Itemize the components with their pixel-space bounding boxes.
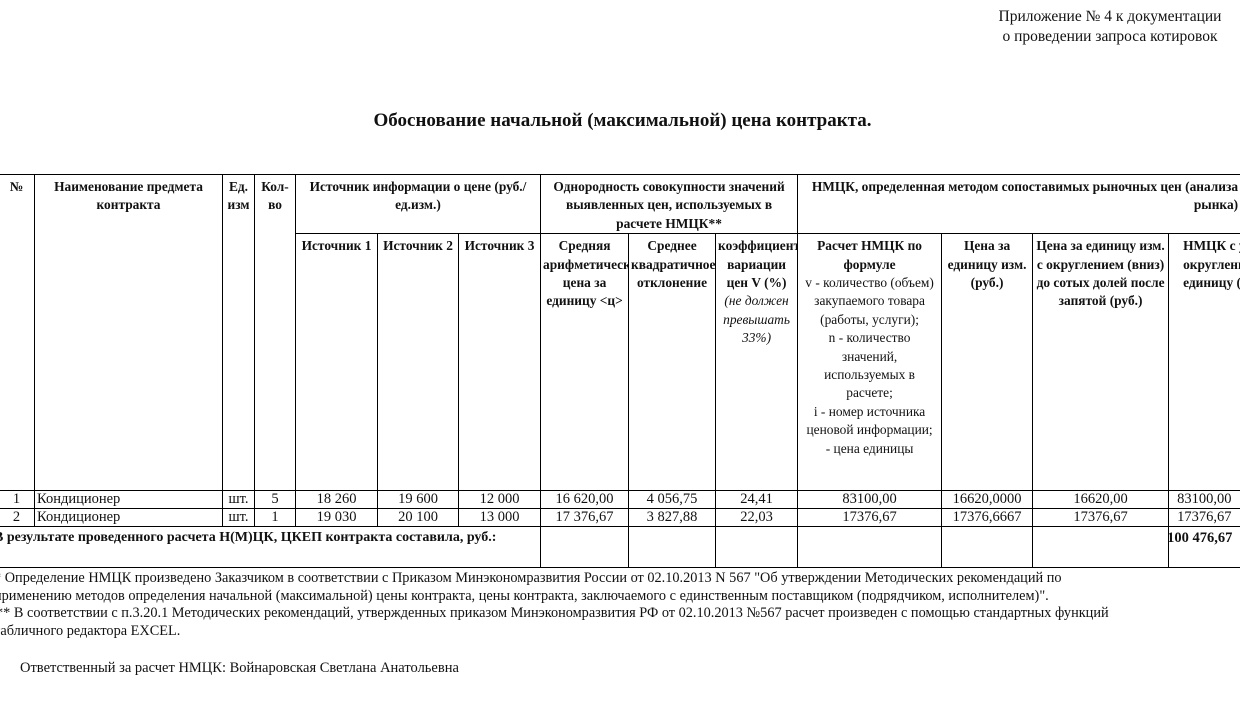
cell-source-3: 13 000 bbox=[459, 509, 541, 527]
cell-unit-price-rounded: 16620,00 bbox=[1033, 491, 1169, 509]
empty-cell bbox=[541, 527, 629, 568]
header-unit: Ед. изм bbox=[223, 175, 255, 491]
header-stddev: Среднее квадратичное отклонение bbox=[629, 234, 716, 491]
cell-no: 1 bbox=[0, 491, 35, 509]
header-homogeneity-group: Однородность совокупности значений выявл… bbox=[541, 175, 798, 234]
header-name: Наименование предмета контракта bbox=[35, 175, 223, 491]
appendix-line-1: Приложение № 4 к документации bbox=[960, 7, 1240, 27]
cell-unit: шт. bbox=[223, 491, 255, 509]
document-title: Обоснование начальной (максимальной) цен… bbox=[0, 110, 1240, 132]
header-formula: Расчет НМЦК по формуле v - количество (о… bbox=[798, 234, 942, 491]
cell-nmck-rounded: 17376,67 bbox=[1169, 509, 1240, 527]
footnote-1-line-2: применению методов определения начальной… bbox=[0, 588, 1240, 606]
cell-stddev: 3 827,88 bbox=[629, 509, 716, 527]
total-label: В результате проведенного расчета Н(М)ЦК… bbox=[0, 527, 541, 568]
header-cv-note: (не должен превышать 33%) bbox=[718, 292, 795, 347]
header-source-3: Источник 3 bbox=[459, 234, 541, 491]
cell-source-2: 20 100 bbox=[378, 509, 459, 527]
total-row: В результате проведенного расчета Н(М)ЦК… bbox=[0, 527, 1240, 568]
header-nmck-group: НМЦК, определенная методом сопоставимых … bbox=[798, 175, 1240, 234]
cell-unit-price-rounded: 17376,67 bbox=[1033, 509, 1169, 527]
header-qty: Кол-во bbox=[255, 175, 296, 491]
footnote-2-line-1: ** В соответствии с п.3.20.1 Методически… bbox=[0, 605, 1240, 623]
header-formula-line-3: i - номер источника ценовой информации; bbox=[800, 403, 939, 440]
table-row: 1 Кондиционер шт. 5 18 260 19 600 12 000… bbox=[0, 491, 1240, 509]
cell-source-3: 12 000 bbox=[459, 491, 541, 509]
header-mean: Средняя арифметическая цена за единицу <… bbox=[541, 234, 629, 491]
total-value-text: 100 476,67 bbox=[1169, 529, 1233, 547]
cell-source-1: 18 260 bbox=[296, 491, 378, 509]
header-nmck-rounded: НМЦК с учетом округления цены за единицу… bbox=[1169, 234, 1240, 491]
cell-cv: 22,03 bbox=[716, 509, 798, 527]
cell-cv: 24,41 bbox=[716, 491, 798, 509]
header-no: № bbox=[0, 175, 35, 491]
header-formula-line-2: n - количество значений, используемых в … bbox=[800, 329, 939, 403]
header-cv-title: коэффициент вариации цен V (%) bbox=[718, 237, 795, 292]
footnote-1-line-1: * Определение НМЦК произведено Заказчико… bbox=[0, 570, 1240, 588]
header-source-2: Источник 2 bbox=[378, 234, 459, 491]
cell-unit-price: 17376,6667 bbox=[942, 509, 1033, 527]
header-cv: коэффициент вариации цен V (%) (не долже… bbox=[716, 234, 798, 491]
cell-name: Кондиционер bbox=[35, 509, 223, 527]
empty-cell bbox=[942, 527, 1033, 568]
cell-qty: 5 bbox=[255, 491, 296, 509]
footnotes: * Определение НМЦК произведено Заказчико… bbox=[0, 570, 1240, 640]
appendix-line-2: о проведении запроса котировок bbox=[960, 27, 1240, 47]
empty-cell bbox=[716, 527, 798, 568]
cell-mean: 16 620,00 bbox=[541, 491, 629, 509]
header-sources-group: Источник информации о цене (руб./ед.изм.… bbox=[296, 175, 541, 234]
cell-formula: 83100,00 bbox=[798, 491, 942, 509]
header-formula-line-4: - цена единицы bbox=[800, 440, 939, 458]
cell-stddev: 4 056,75 bbox=[629, 491, 716, 509]
header-unit-price-rounded: Цена за единицу изм. с округлением (вниз… bbox=[1033, 234, 1169, 491]
cell-qty: 1 bbox=[255, 509, 296, 527]
header-unit-price: Цена за единицу изм. (руб.) bbox=[942, 234, 1033, 491]
total-value: 100 476,67 bbox=[1169, 527, 1240, 568]
cell-unit: шт. bbox=[223, 509, 255, 527]
cell-formula: 17376,67 bbox=[798, 509, 942, 527]
empty-cell bbox=[629, 527, 716, 568]
empty-cell bbox=[798, 527, 942, 568]
table-row: 2 Кондиционер шт. 1 19 030 20 100 13 000… bbox=[0, 509, 1240, 527]
cell-source-1: 19 030 bbox=[296, 509, 378, 527]
nmck-table: № Наименование предмета контракта Ед. из… bbox=[0, 174, 1240, 568]
cell-mean: 17 376,67 bbox=[541, 509, 629, 527]
empty-cell bbox=[1033, 527, 1169, 568]
cell-unit-price: 16620,0000 bbox=[942, 491, 1033, 509]
header-formula-line-1: v - количество (объем) закупаемого товар… bbox=[800, 274, 939, 329]
footnote-2-line-2: табличного редактора EXCEL. bbox=[0, 623, 1240, 641]
cell-source-2: 19 600 bbox=[378, 491, 459, 509]
cell-name: Кондиционер bbox=[35, 491, 223, 509]
header-row-1: № Наименование предмета контракта Ед. из… bbox=[0, 175, 1240, 234]
appendix-reference: Приложение № 4 к документации о проведен… bbox=[960, 7, 1240, 47]
header-formula-title: Расчет НМЦК по формуле bbox=[800, 237, 939, 274]
header-source-1: Источник 1 bbox=[296, 234, 378, 491]
responsible-person: Ответственный за расчет НМЦК: Войнаровск… bbox=[20, 660, 459, 677]
cell-nmck-rounded: 83100,00 bbox=[1169, 491, 1240, 509]
cell-no: 2 bbox=[0, 509, 35, 527]
